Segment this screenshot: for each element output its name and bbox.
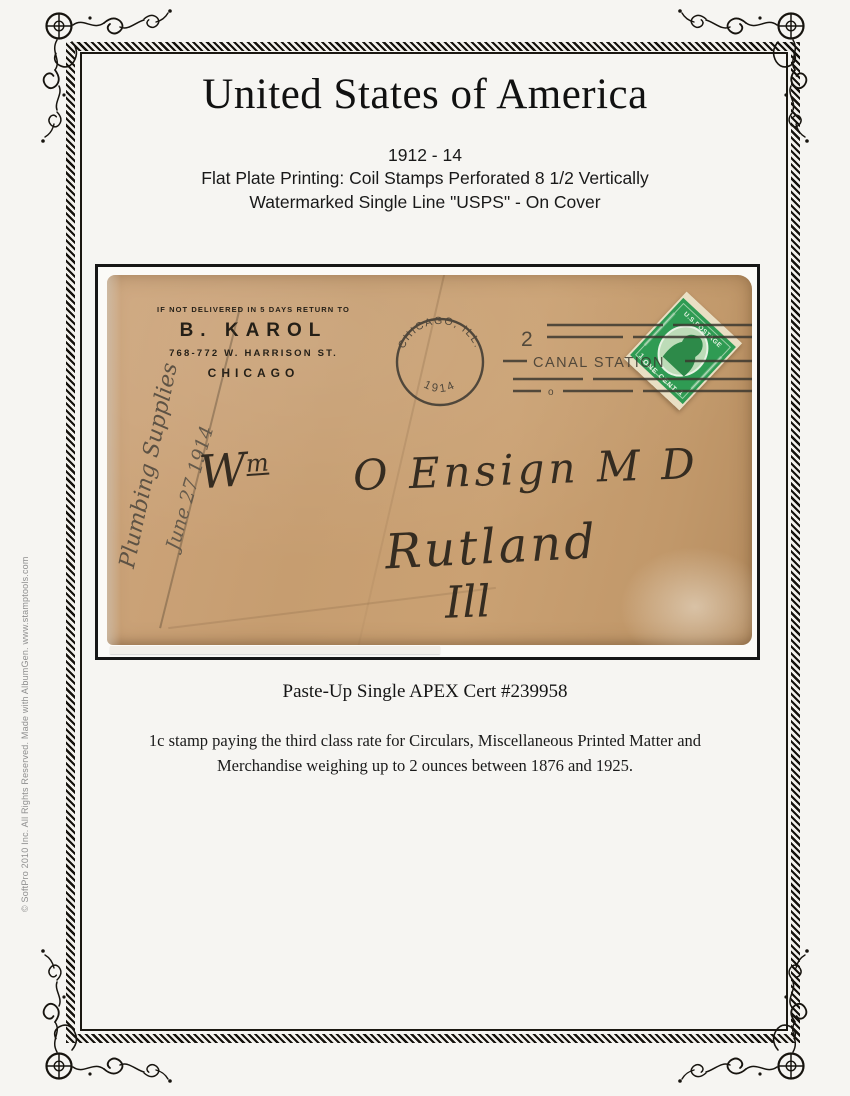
addressee-w: W [197, 442, 248, 499]
cover-caption: Paste-Up Single APEX Cert #239958 [0, 681, 850, 703]
svg-text:1914: 1914 [422, 379, 459, 395]
addressee-state: Ill [444, 576, 491, 629]
corner-ornament-icon [676, 922, 846, 1092]
return-notice: IF NOT DELIVERED IN 5 DAYS RETURN TO [141, 305, 366, 314]
corner-ornament-icon [4, 922, 174, 1092]
page-subtitle: 1912 - 14 Flat Plate Printing: Coil Stam… [0, 144, 850, 214]
page-title: United States of America [0, 70, 850, 119]
rate-description: 1c stamp paying the third class rate for… [0, 729, 850, 779]
subtitle-years: 1912 - 14 [0, 144, 850, 167]
backing-sliver [110, 646, 440, 654]
cancel-number: 2 [521, 328, 533, 351]
subtitle-printing: Flat Plate Printing: Coil Stamps Perfora… [0, 167, 850, 190]
envelope: IF NOT DELIVERED IN 5 DAYS RETURN TO B. … [107, 275, 752, 645]
postmark-year: 1914 [422, 379, 459, 395]
svg-text:CHICAGO, ILL.: CHICAGO, ILL. [396, 315, 484, 351]
cancel-station: CANAL STATION [533, 355, 665, 371]
rate-description-line1: 1c stamp paying the third class rate for… [0, 729, 850, 754]
envelope-worn-patch [620, 547, 752, 645]
subtitle-watermark: Watermarked Single Line "USPS" - On Cove… [0, 191, 850, 214]
addressee-w-superscript: m [245, 448, 270, 478]
cancel-bars-icon: 2 CANAL STATION o [503, 315, 752, 399]
cancel-letter: o [548, 387, 554, 398]
addressee-city: Rutland [384, 513, 600, 580]
rate-description-line2: Merchandise weighing up to 2 ounces betw… [0, 754, 850, 779]
postmark-icon: CHICAGO, ILL. 1914 [389, 311, 491, 413]
cover-photo: IF NOT DELIVERED IN 5 DAYS RETURN TO B. … [95, 264, 760, 660]
addressee-initials: Wm [197, 441, 271, 500]
postmark-city: CHICAGO, ILL. [396, 315, 484, 351]
album-page: © SoftPro 2010 Inc. All Rights Reserved.… [0, 0, 850, 1096]
